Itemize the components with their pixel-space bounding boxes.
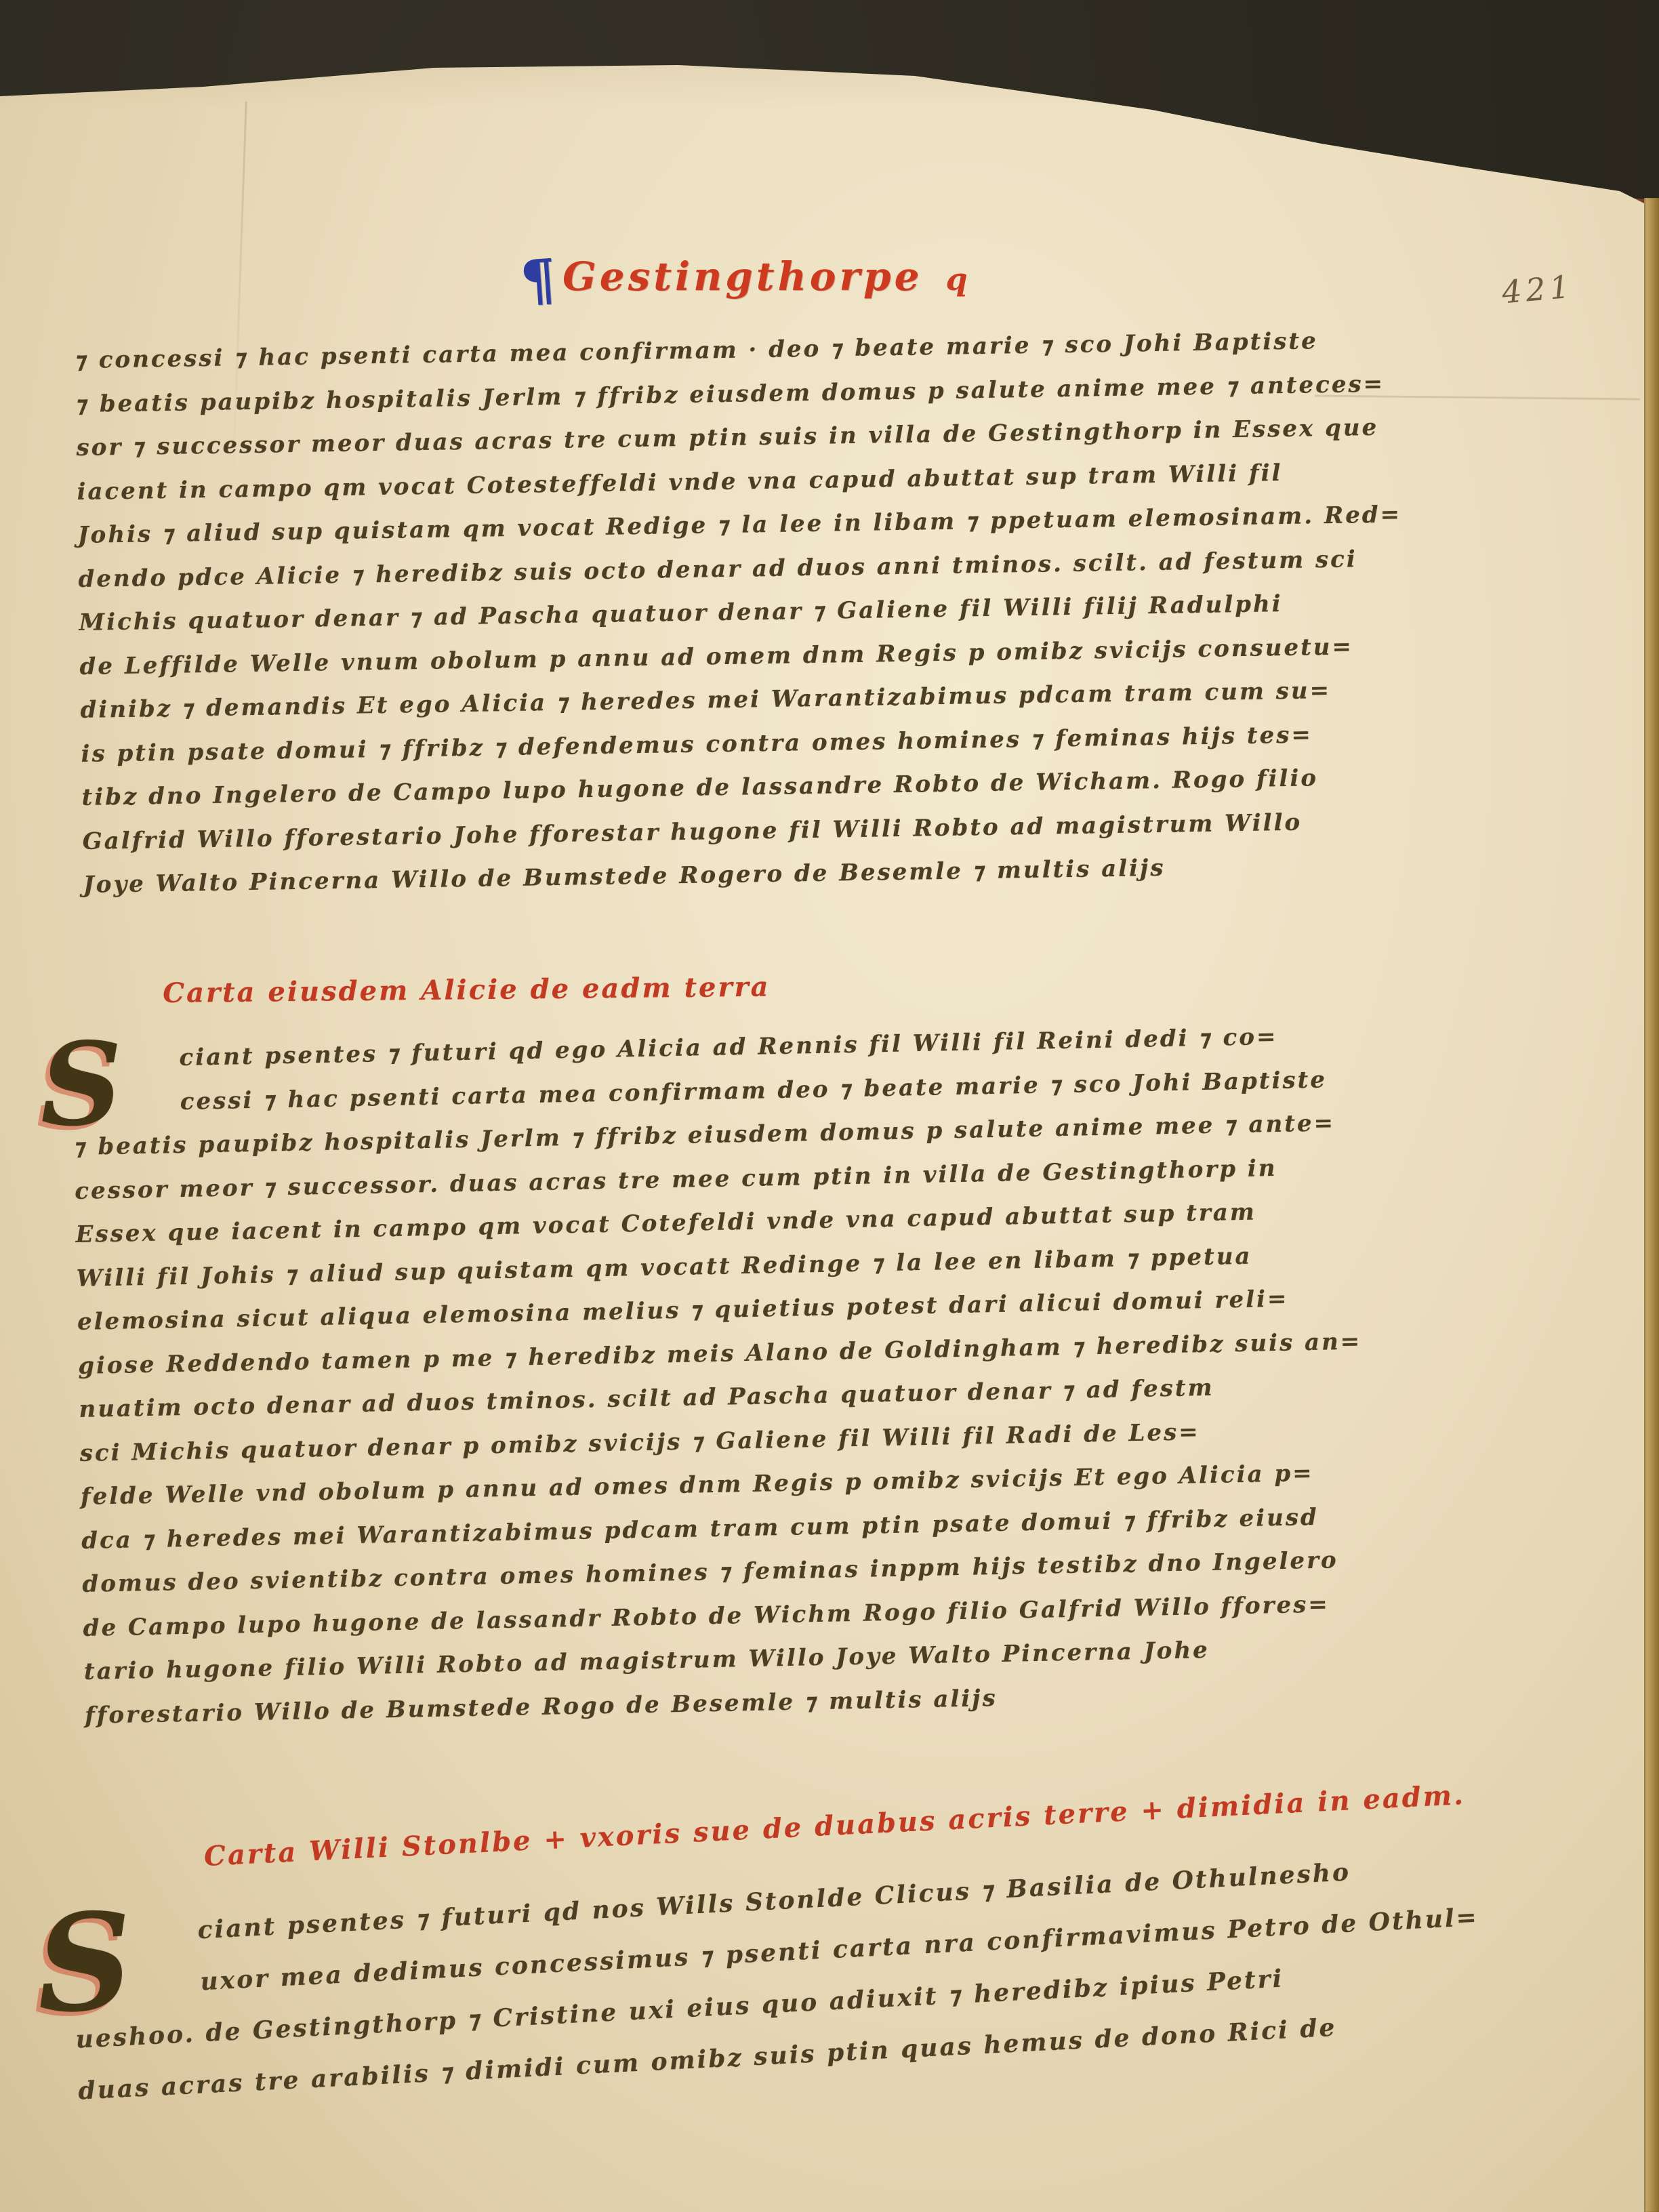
heading-flourish: q: [945, 261, 967, 298]
decorated-initial: S: [39, 1027, 126, 1142]
parchment-page: ¶Gestingthorpeq 421 ⁊ concessi ⁊ hac pse…: [0, 0, 1659, 2212]
page-heading: ¶Gestingthorpeq: [520, 248, 968, 313]
blue-paraph-mark: ¶: [518, 247, 558, 314]
folio-number: 421: [1500, 268, 1575, 310]
rubric-line: Carta eiusdem Alicie de eadm terra: [163, 971, 771, 1009]
charter-block: Sciant psentes ⁊ futuri qd ego Alicia ad…: [72, 1014, 1359, 1738]
charter-block: ⁊ concessi ⁊ hac psenti carta mea confir…: [75, 319, 1357, 907]
decorated-initial: S: [33, 1894, 138, 2032]
heading-title: Gestingthorpe: [562, 253, 922, 300]
charter-block: Sciant psentes ⁊ futuri qd nos Wills Sto…: [69, 1846, 1366, 2117]
book-fore-edge: [1644, 198, 1659, 2212]
